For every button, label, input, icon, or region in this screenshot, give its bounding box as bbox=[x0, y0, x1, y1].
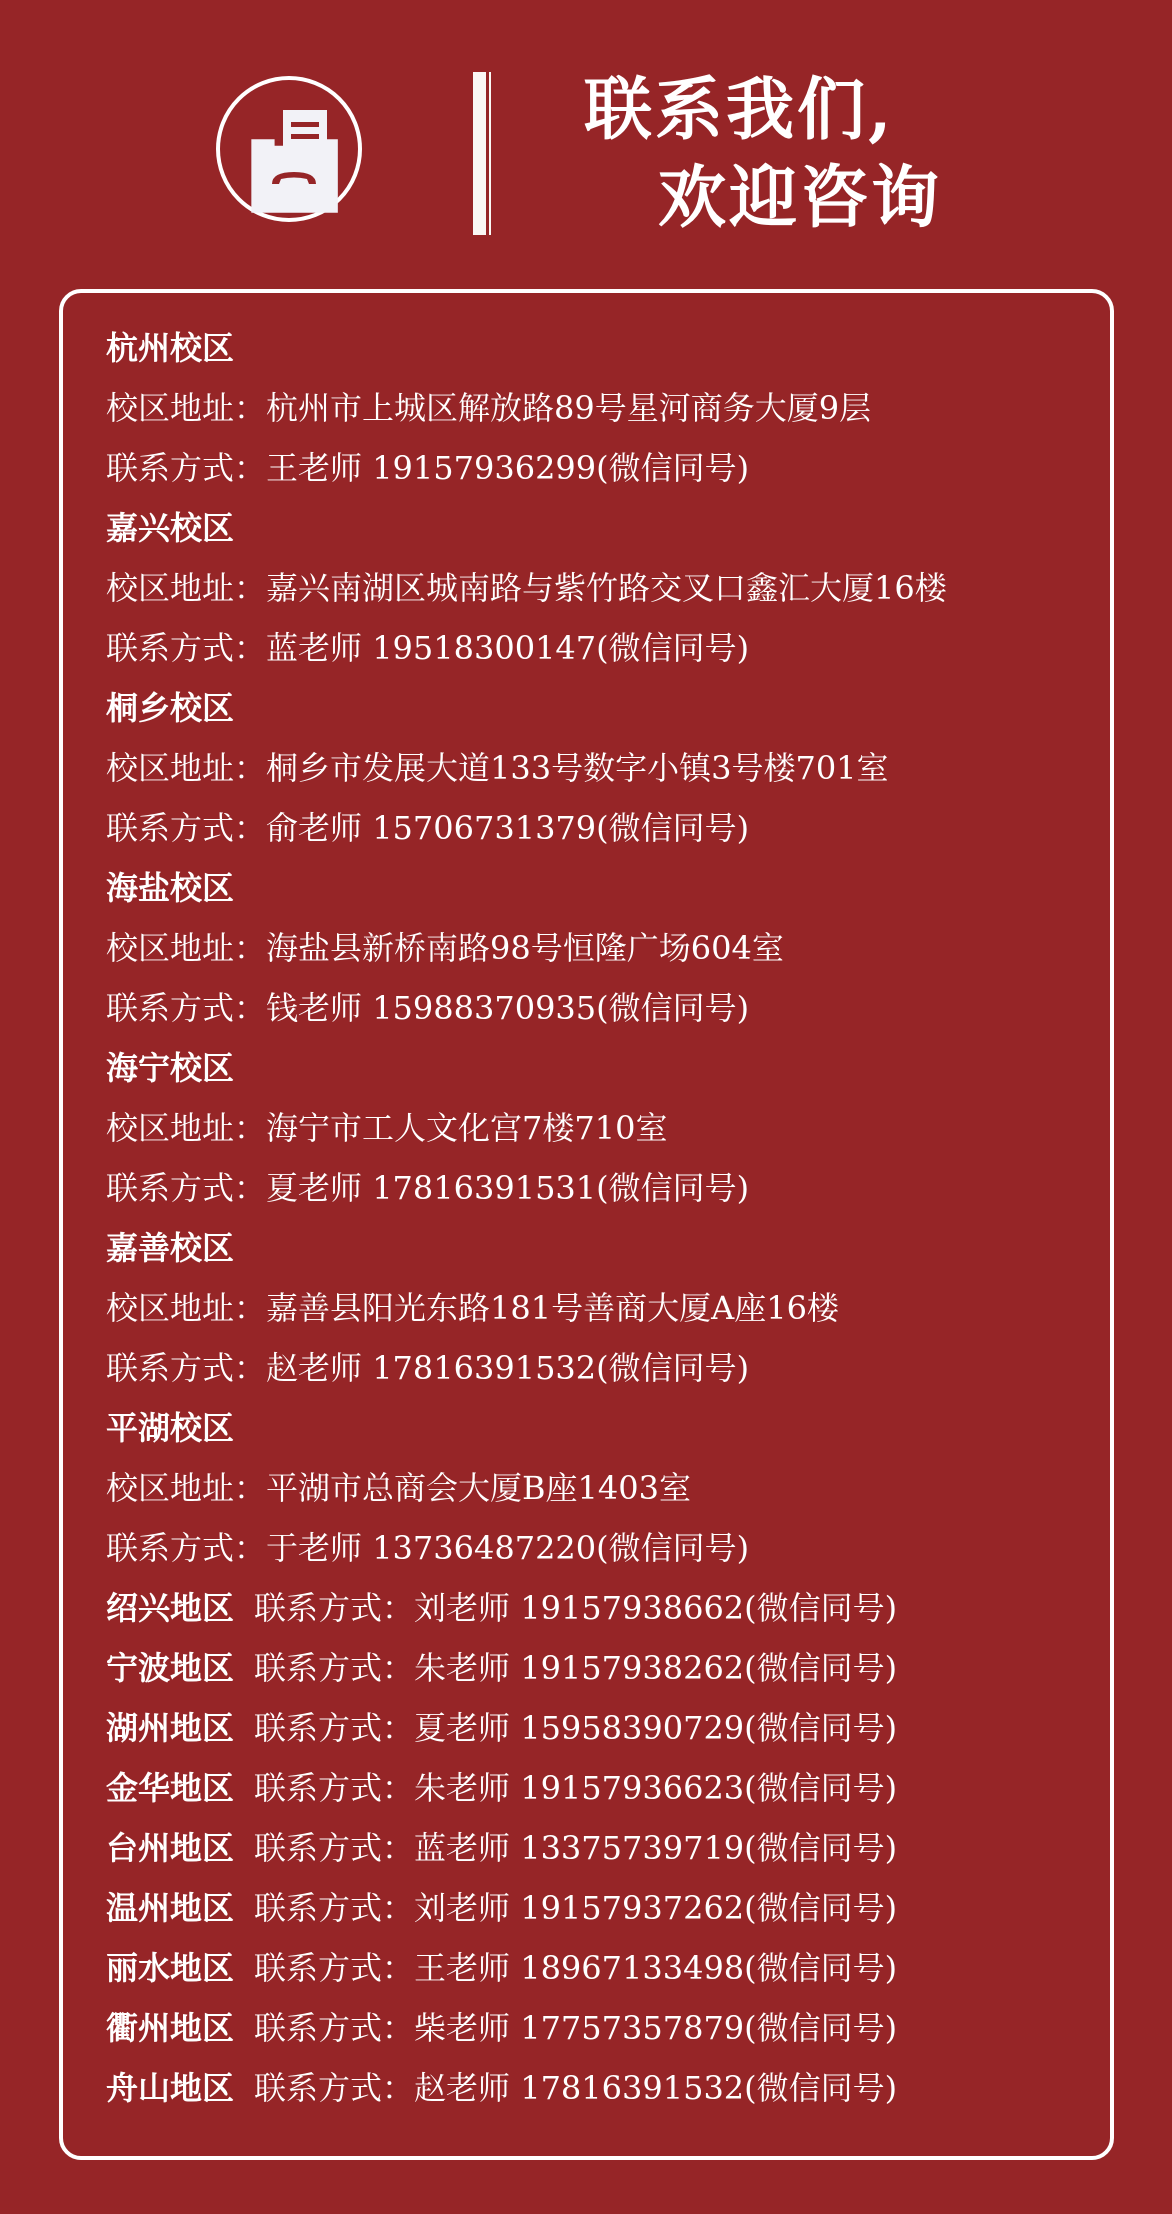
contact-value: 俞老师 15706731379(微信同号) bbox=[266, 809, 749, 847]
region-name: 湖州地区 bbox=[106, 1709, 234, 1747]
campus-heading: 平湖校区 bbox=[106, 1398, 1106, 1458]
region-name: 金华地区 bbox=[106, 1769, 234, 1807]
address-label: 校区地址： bbox=[106, 1289, 266, 1327]
region-row: 丽水地区联系方式：王老师 18967133498(微信同号) bbox=[106, 1938, 1106, 1998]
campus-address: 校区地址：海盐县新桥南路98号恒隆广场604室 bbox=[106, 918, 1106, 978]
address-value: 海宁市工人文化宫7楼710室 bbox=[266, 1109, 667, 1147]
page-title: 联系我们, bbox=[584, 72, 895, 148]
address-value: 海盐县新桥南路98号恒隆广场604室 bbox=[266, 929, 784, 967]
contact-label: 联系方式： bbox=[254, 1649, 414, 1687]
campus-heading: 嘉善校区 bbox=[106, 1218, 1106, 1278]
contact-label: 联系方式： bbox=[106, 449, 266, 487]
contact-label: 联系方式： bbox=[254, 1709, 414, 1747]
region-name: 舟山地区 bbox=[106, 2069, 234, 2107]
campus-name: 平湖校区 bbox=[106, 1409, 234, 1447]
contact-value: 刘老师 19157937262(微信同号) bbox=[414, 1889, 897, 1927]
campus-contact: 联系方式：俞老师 15706731379(微信同号) bbox=[106, 798, 1106, 858]
contact-list: 杭州校区 校区地址：杭州市上城区解放路89号星河商务大厦9层 联系方式：王老师 … bbox=[106, 318, 1106, 2118]
contact-label: 联系方式： bbox=[254, 2009, 414, 2047]
contact-label: 联系方式： bbox=[106, 1529, 266, 1567]
address-value: 嘉善县阳光东路181号善商大厦A座16楼 bbox=[266, 1289, 839, 1327]
contact-label: 联系方式： bbox=[106, 809, 266, 847]
contact-label: 联系方式： bbox=[106, 629, 266, 667]
address-label: 校区地址： bbox=[106, 389, 266, 427]
header-divider bbox=[473, 72, 486, 235]
campus-address: 校区地址：嘉善县阳光东路181号善商大厦A座16楼 bbox=[106, 1278, 1106, 1338]
campus-name: 嘉兴校区 bbox=[106, 509, 234, 547]
campus-heading: 海宁校区 bbox=[106, 1038, 1106, 1098]
contact-label: 联系方式： bbox=[254, 1949, 414, 1987]
region-row: 衢州地区联系方式：柴老师 17757357879(微信同号) bbox=[106, 1998, 1106, 2058]
contact-label: 联系方式： bbox=[254, 1889, 414, 1927]
campus-contact: 联系方式：赵老师 17816391532(微信同号) bbox=[106, 1338, 1106, 1398]
campus-name: 嘉善校区 bbox=[106, 1229, 234, 1267]
campus-heading: 桐乡校区 bbox=[106, 678, 1106, 738]
campus-name: 海盐校区 bbox=[106, 869, 234, 907]
campus-name: 杭州校区 bbox=[106, 329, 234, 367]
region-row: 宁波地区联系方式：朱老师 19157938262(微信同号) bbox=[106, 1638, 1106, 1698]
page-subtitle: 欢迎咨询 bbox=[658, 160, 942, 236]
region-name: 绍兴地区 bbox=[106, 1589, 234, 1627]
region-row: 台州地区联系方式：蓝老师 13375739719(微信同号) bbox=[106, 1818, 1106, 1878]
contact-value: 王老师 19157936299(微信同号) bbox=[266, 449, 749, 487]
contact-value: 朱老师 19157938262(微信同号) bbox=[414, 1649, 897, 1687]
contact-label: 联系方式： bbox=[254, 2069, 414, 2107]
campus-name: 桐乡校区 bbox=[106, 689, 234, 727]
campus-address: 校区地址：嘉兴南湖区城南路与紫竹路交叉口鑫汇大厦16楼 bbox=[106, 558, 1106, 618]
address-label: 校区地址： bbox=[106, 1469, 266, 1507]
region-name: 宁波地区 bbox=[106, 1649, 234, 1687]
campus-contact: 联系方式：夏老师 17816391531(微信同号) bbox=[106, 1158, 1106, 1218]
contact-label: 联系方式： bbox=[254, 1769, 414, 1807]
contact-value: 于老师 13736487220(微信同号) bbox=[266, 1529, 749, 1567]
campus-contact: 联系方式：钱老师 15988370935(微信同号) bbox=[106, 978, 1106, 1038]
contact-value: 朱老师 19157936623(微信同号) bbox=[414, 1769, 897, 1807]
contact-label: 联系方式： bbox=[106, 989, 266, 1027]
region-row: 舟山地区联系方式：赵老师 17816391532(微信同号) bbox=[106, 2058, 1106, 2118]
contact-value: 赵老师 17816391532(微信同号) bbox=[266, 1349, 749, 1387]
campus-address: 校区地址：海宁市工人文化宫7楼710室 bbox=[106, 1098, 1106, 1158]
region-name: 丽水地区 bbox=[106, 1949, 234, 1987]
campus-contact: 联系方式：于老师 13736487220(微信同号) bbox=[106, 1518, 1106, 1578]
header: 联系我们, 欢迎咨询 bbox=[0, 0, 1172, 270]
campus-heading: 杭州校区 bbox=[106, 318, 1106, 378]
contact-value: 夏老师 15958390729(微信同号) bbox=[414, 1709, 897, 1747]
region-row: 湖州地区联系方式：夏老师 15958390729(微信同号) bbox=[106, 1698, 1106, 1758]
contact-value: 钱老师 15988370935(微信同号) bbox=[266, 989, 749, 1027]
address-value: 桐乡市发展大道133号数字小镇3号楼701室 bbox=[266, 749, 889, 787]
campus-heading: 嘉兴校区 bbox=[106, 498, 1106, 558]
contact-value: 蓝老师 13375739719(微信同号) bbox=[414, 1829, 897, 1867]
campus-contact: 联系方式：王老师 19157936299(微信同号) bbox=[106, 438, 1106, 498]
campus-address: 校区地址：桐乡市发展大道133号数字小镇3号楼701室 bbox=[106, 738, 1106, 798]
region-name: 台州地区 bbox=[106, 1829, 234, 1867]
contact-value: 柴老师 17757357879(微信同号) bbox=[414, 2009, 897, 2047]
contact-label: 联系方式： bbox=[106, 1169, 266, 1207]
contact-value: 王老师 18967133498(微信同号) bbox=[414, 1949, 897, 1987]
contact-value: 夏老师 17816391531(微信同号) bbox=[266, 1169, 749, 1207]
region-row: 温州地区联系方式：刘老师 19157937262(微信同号) bbox=[106, 1878, 1106, 1938]
address-label: 校区地址： bbox=[106, 929, 266, 967]
contact-label: 联系方式： bbox=[254, 1829, 414, 1867]
contact-label: 联系方式： bbox=[106, 1349, 266, 1387]
campus-heading: 海盐校区 bbox=[106, 858, 1106, 918]
contact-value: 蓝老师 19518300147(微信同号) bbox=[266, 629, 749, 667]
region-name: 温州地区 bbox=[106, 1889, 234, 1927]
address-value: 平湖市总商会大厦B座1403室 bbox=[266, 1469, 691, 1507]
campus-address: 校区地址：平湖市总商会大厦B座1403室 bbox=[106, 1458, 1106, 1518]
fax-phone-icon bbox=[216, 76, 362, 222]
header-divider-thin bbox=[489, 72, 491, 235]
region-row: 绍兴地区联系方式：刘老师 19157938662(微信同号) bbox=[106, 1578, 1106, 1638]
address-value: 杭州市上城区解放路89号星河商务大厦9层 bbox=[266, 389, 871, 427]
address-label: 校区地址： bbox=[106, 749, 266, 787]
contact-label: 联系方式： bbox=[254, 1589, 414, 1627]
address-value: 嘉兴南湖区城南路与紫竹路交叉口鑫汇大厦16楼 bbox=[266, 569, 947, 607]
contact-value: 赵老师 17816391532(微信同号) bbox=[414, 2069, 897, 2107]
contact-value: 刘老师 19157938662(微信同号) bbox=[414, 1589, 897, 1627]
address-label: 校区地址： bbox=[106, 569, 266, 607]
region-row: 金华地区联系方式：朱老师 19157936623(微信同号) bbox=[106, 1758, 1106, 1818]
address-label: 校区地址： bbox=[106, 1109, 266, 1147]
campus-name: 海宁校区 bbox=[106, 1049, 234, 1087]
campus-contact: 联系方式：蓝老师 19518300147(微信同号) bbox=[106, 618, 1106, 678]
region-name: 衢州地区 bbox=[106, 2009, 234, 2047]
campus-address: 校区地址：杭州市上城区解放路89号星河商务大厦9层 bbox=[106, 378, 1106, 438]
